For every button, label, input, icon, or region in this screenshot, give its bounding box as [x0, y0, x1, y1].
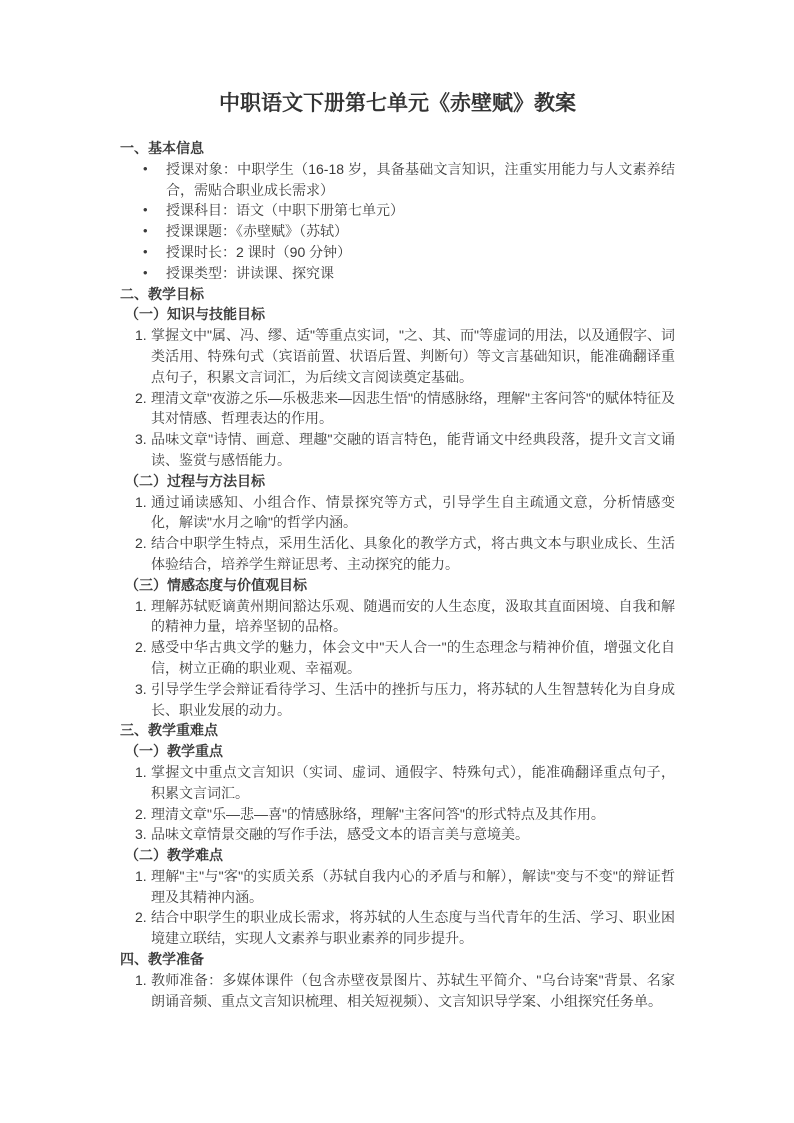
bullet-text: 授课类型：讲读课、探究课: [166, 263, 675, 284]
bullet-item: • 授课类型：讲读课、探究课: [120, 263, 675, 284]
numbered-item: 2. 感受中华古典文学的魅力，体会文中"天人合一"的生态理念与精神价值，增强文化…: [120, 637, 675, 679]
bullet-item: • 授课对象：中职学生（16-18 岁，具备基础文言知识，注重实用能力与人文素养…: [120, 159, 675, 201]
section-teaching-preparation: 四、教学准备 1. 教师准备：多媒体课件（包含赤壁夜景图片、苏轼生平简介、"乌台…: [120, 949, 675, 1011]
item-number: 1.: [135, 325, 151, 346]
item-number: 1.: [135, 596, 151, 617]
numbered-item: 1. 掌握文中"属、冯、缪、适"等重点实词，"之、其、而"等虚词的用法，以及通假…: [120, 325, 675, 387]
bullet-glyph: •: [143, 159, 166, 180]
item-number: 1.: [135, 762, 151, 783]
item-text: 引导学生学会辩证看待学习、生活中的挫折与压力，将苏轼的人生智慧转化为自身成长、职…: [151, 679, 675, 721]
numbered-item: 1. 理解苏轼贬谪黄州期间豁达乐观、随遇而安的人生态度，汲取其直面困境、自我和解…: [120, 596, 675, 638]
item-number: 2.: [135, 804, 151, 825]
section-key-difficult-points: 三、教学重难点 （一）教学重点 1. 掌握文中重点文言知识（实词、虚词、通假字、…: [120, 720, 675, 949]
bullet-glyph: •: [143, 221, 166, 242]
numbered-item: 1. 掌握文中重点文言知识（实词、虚词、通假字、特殊句式），能准确翻译重点句子，…: [120, 762, 675, 804]
section-heading: 二、教学目标: [120, 284, 675, 305]
item-text: 品味文章"诗情、画意、理趣"交融的语言特色，能背诵文中经典段落，提升文言文诵读、…: [151, 429, 675, 471]
item-text: 理清文章"夜游之乐—乐极悲来—因悲生悟"的情感脉络，理解"主客问答"的赋体特征及…: [151, 388, 675, 430]
subsection-heading: （一）知识与技能目标: [120, 304, 675, 325]
item-text: 感受中华古典文学的魅力，体会文中"天人合一"的生态理念与精神价值，增强文化自信，…: [151, 637, 675, 679]
item-text: 理清文章"乐—悲—喜"的情感脉络，理解"主客问答"的形式特点及其作用。: [151, 804, 675, 825]
numbered-item: 3. 引导学生学会辩证看待学习、生活中的挫折与压力，将苏轼的人生智慧转化为自身成…: [120, 679, 675, 721]
item-text: 结合中职学生的职业成长需求，将苏轼的人生态度与当代青年的生活、学习、职业困境建立…: [151, 907, 675, 949]
item-text: 通过诵读感知、小组合作、情景探究等方式，引导学生自主疏通文意，分析情感变化，解读…: [151, 492, 675, 534]
subsection-heading: （二）过程与方法目标: [120, 471, 675, 492]
subsection-heading: （三）情感态度与价值观目标: [120, 575, 675, 596]
bullet-glyph: •: [143, 263, 166, 284]
subsection-heading: （二）教学难点: [120, 845, 675, 866]
numbered-item: 2. 结合中职学生的职业成长需求，将苏轼的人生态度与当代青年的生活、学习、职业困…: [120, 907, 675, 949]
section-heading: 四、教学准备: [120, 949, 675, 970]
bullet-text: 授课课题：《赤壁赋》（苏轼）: [166, 221, 675, 242]
bullet-item: • 授课课题：《赤壁赋》（苏轼）: [120, 221, 675, 242]
section-basic-info: 一、基本信息 • 授课对象：中职学生（16-18 岁，具备基础文言知识，注重实用…: [120, 138, 675, 284]
item-text: 教师准备：多媒体课件（包含赤壁夜景图片、苏轼生平简介、"乌台诗案"背景、名家朗诵…: [151, 970, 675, 1012]
item-number: 3.: [135, 429, 151, 450]
item-number: 1.: [135, 866, 151, 887]
item-text: 结合中职学生特点，采用生活化、具象化的教学方式，将古典文本与职业成长、生活体验结…: [151, 533, 675, 575]
numbered-item: 2. 理清文章"夜游之乐—乐极悲来—因悲生悟"的情感脉络，理解"主客问答"的赋体…: [120, 388, 675, 430]
item-text: 理解"主"与"客"的实质关系（苏轼自我内心的矛盾与和解），解读"变与不变"的辩证…: [151, 866, 675, 908]
bullet-text: 授课对象：中职学生（16-18 岁，具备基础文言知识，注重实用能力与人文素养结合…: [166, 159, 675, 201]
section-heading: 一、基本信息: [120, 138, 675, 159]
bullet-glyph: •: [143, 200, 166, 221]
item-text: 理解苏轼贬谪黄州期间豁达乐观、随遇而安的人生态度，汲取其直面困境、自我和解的精神…: [151, 596, 675, 638]
section-heading: 三、教学重难点: [120, 720, 675, 741]
bullet-text: 授课时长：2 课时（90 分钟）: [166, 242, 675, 263]
bullet-glyph: •: [143, 242, 166, 263]
item-number: 1.: [135, 970, 151, 991]
item-text: 掌握文中"属、冯、缪、适"等重点实词，"之、其、而"等虚词的用法，以及通假字、词…: [151, 325, 675, 387]
numbered-item: 2. 结合中职学生特点，采用生活化、具象化的教学方式，将古典文本与职业成长、生活…: [120, 533, 675, 575]
item-text: 掌握文中重点文言知识（实词、虚词、通假字、特殊句式），能准确翻译重点句子，积累文…: [151, 762, 675, 804]
document-page: 中职语文下册第七单元《赤壁赋》教案 一、基本信息 • 授课对象：中职学生（16-…: [0, 0, 794, 1123]
item-number: 2.: [135, 388, 151, 409]
item-text: 品味文章情景交融的写作手法，感受文本的语言美与意境美。: [151, 824, 675, 845]
item-number: 2.: [135, 533, 151, 554]
numbered-item: 1. 通过诵读感知、小组合作、情景探究等方式，引导学生自主疏通文意，分析情感变化…: [120, 492, 675, 534]
bullet-item: • 授课科目：语文（中职下册第七单元）: [120, 200, 675, 221]
bullet-text: 授课科目：语文（中职下册第七单元）: [166, 200, 675, 221]
numbered-item: 2. 理清文章"乐—悲—喜"的情感脉络，理解"主客问答"的形式特点及其作用。: [120, 804, 675, 825]
numbered-item: 1. 理解"主"与"客"的实质关系（苏轼自我内心的矛盾与和解），解读"变与不变"…: [120, 866, 675, 908]
numbered-item: 3. 品味文章情景交融的写作手法，感受文本的语言美与意境美。: [120, 824, 675, 845]
item-number: 3.: [135, 824, 151, 845]
item-number: 2.: [135, 907, 151, 928]
item-number: 1.: [135, 492, 151, 513]
item-number: 3.: [135, 679, 151, 700]
bullet-item: • 授课时长：2 课时（90 分钟）: [120, 242, 675, 263]
numbered-item: 1. 教师准备：多媒体课件（包含赤壁夜景图片、苏轼生平简介、"乌台诗案"背景、名…: [120, 970, 675, 1012]
item-number: 2.: [135, 637, 151, 658]
numbered-item: 3. 品味文章"诗情、画意、理趣"交融的语言特色，能背诵文中经典段落，提升文言文…: [120, 429, 675, 471]
document-title: 中职语文下册第七单元《赤壁赋》教案: [120, 90, 675, 117]
section-teaching-goals: 二、教学目标 （一）知识与技能目标 1. 掌握文中"属、冯、缪、适"等重点实词，…: [120, 284, 675, 721]
subsection-heading: （一）教学重点: [120, 741, 675, 762]
